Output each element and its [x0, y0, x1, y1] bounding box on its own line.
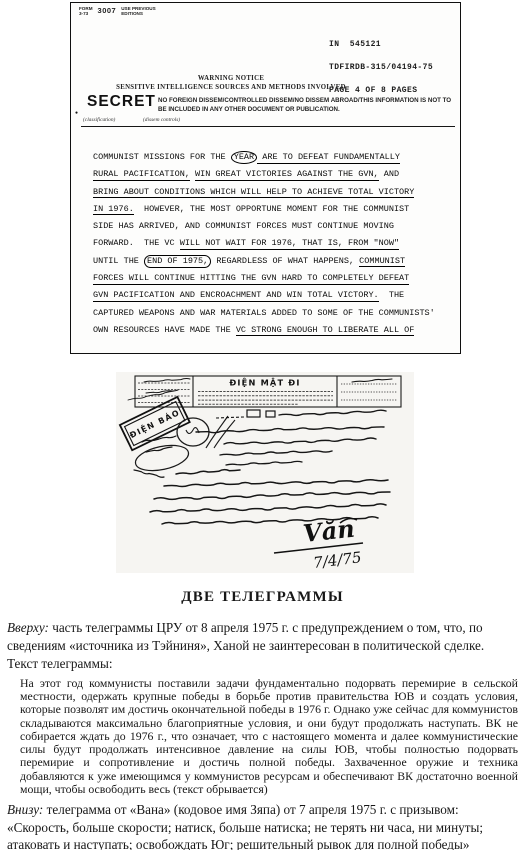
- underlined-phrase: GVN PACIFICATION AND ENCROACHMENT AND WI…: [93, 290, 379, 302]
- typed-text: SIDE HAS ARRIVED, AND COMMUNIST FORCES M…: [93, 221, 394, 231]
- telegram-quote-text: На этот год коммунисты поставили задачи …: [20, 677, 518, 797]
- caption-bottom-text: телеграмма от «Вана» (кодовое имя Зяпа) …: [7, 802, 483, 850]
- typed-text: COMMUNIST MISSIONS FOR THE: [93, 152, 231, 162]
- typed-line: FORWARD. THE VC WILL NOT WAIT FOR 1976, …: [93, 238, 453, 255]
- caption-top-text: часть телеграммы ЦРУ от 8 апреля 1975 г.…: [7, 620, 484, 671]
- classification-secret: SECRET: [87, 93, 156, 111]
- underlined-phrase: COMMUNIST: [359, 256, 405, 268]
- typed-text: HOWEVER, THE MOST OPPORTUNE MOMENT FOR T…: [134, 204, 409, 214]
- underlined-phrase: RURAL PACIFICATION,: [93, 169, 190, 181]
- dien-bao-stamp: ĐIỆN BÁO: [120, 397, 190, 450]
- underlined-phrase: FORCES WILL CONTINUE HITTING THE GVN HAR…: [93, 273, 409, 285]
- handwriting-stroke: [134, 470, 164, 477]
- underlined-phrase: IN 1976.: [93, 204, 134, 216]
- caption-top-paragraph: Вверху: часть телеграммы ЦРУ от 8 апреля…: [7, 619, 518, 674]
- typed-line: UNTIL THE END OF 1975, REGARDLESS OF WHA…: [93, 256, 453, 273]
- book-page: FORM 3-73 3007 USE PREVIOUS EDITIONS IN …: [0, 0, 524, 850]
- handwriting-stroke: [164, 480, 388, 487]
- header-rule: [81, 126, 455, 127]
- caption-heading: ДВЕ ТЕЛЕГРАММЫ: [7, 589, 518, 606]
- telegram-image: ĐIỆN MẬT ĐI: [116, 372, 414, 573]
- cable-in-number: IN 545121: [329, 40, 433, 63]
- typed-text: REGARDLESS OF WHAT HAPPENS,: [211, 256, 359, 266]
- dissem-controls-text: NO FOREIGN DISSEM/CONTROLLED DISSEM/NO D…: [158, 97, 454, 114]
- sensitive-sources-line: SENSITIVE INTELLIGENCE SOURCES AND METHO…: [106, 83, 356, 92]
- typed-line: BRING ABOUT CONDITIONS WHICH WILL HELP T…: [93, 187, 453, 204]
- cia-document-photo: FORM 3-73 3007 USE PREVIOUS EDITIONS IN …: [70, 2, 461, 354]
- typed-text: THE: [379, 290, 405, 300]
- telegram-date: 7/4/75: [312, 548, 362, 572]
- form-edition-label: FORM 3-73: [79, 7, 93, 17]
- cia-doc-body: COMMUNIST MISSIONS FOR THE YEAR ARE TO D…: [93, 152, 453, 342]
- handwriting-stroke: [226, 461, 302, 465]
- handwriting-dashes: [216, 417, 244, 418]
- typed-line: CAPTURED WEAPONS AND WAR MATERIALS ADDED…: [93, 308, 453, 325]
- caption-bottom-paragraph: Внизу: телеграмма от «Вана» (кодовое имя…: [7, 801, 518, 850]
- telegram-title: ĐIỆN MẬT ĐI: [229, 378, 300, 388]
- handwriting-stroke: [144, 379, 190, 382]
- handwriting-stroke: [176, 470, 240, 474]
- typed-line: RURAL PACIFICATION, WIN GREAT VICTORIES …: [93, 169, 453, 186]
- typed-text: AND: [379, 169, 399, 179]
- underlined-phrase: VC STRONG ENOUGH TO LIBERATE ALL OF: [236, 325, 415, 337]
- form-number: 3007: [98, 7, 117, 15]
- handwriting-stroke: [224, 438, 376, 444]
- typed-text: UNTIL THE: [93, 256, 144, 266]
- handwriting-stroke: [150, 504, 386, 512]
- circled-word: YEAR: [231, 151, 257, 164]
- caption-top-label: Вверху:: [7, 620, 49, 635]
- handwriting-stroke: [279, 410, 386, 415]
- typed-line: COMMUNIST MISSIONS FOR THE YEAR ARE TO D…: [93, 152, 453, 169]
- typed-line: GVN PACIFICATION AND ENCROACHMENT AND WI…: [93, 290, 453, 307]
- typed-text: FORWARD. THE VC: [93, 238, 180, 248]
- typed-line: SIDE HAS ARRIVED, AND COMMUNIST FORCES M…: [93, 221, 453, 238]
- handwriting-box: [247, 410, 260, 417]
- warning-notice-block: WARNING NOTICE SENSITIVE INTELLIGENCE SO…: [106, 74, 356, 92]
- typed-line: OWN RESOURCES HAVE MADE THE VC STRONG EN…: [93, 325, 453, 342]
- handwriting-stroke: [196, 427, 384, 433]
- underlined-phrase: WILL NOT WAIT FOR 1976, THAT IS, FROM "N…: [180, 238, 399, 250]
- typed-text: CAPTURED WEAPONS AND WAR MATERIALS ADDED…: [93, 308, 435, 318]
- underlined-phrase: ARE TO DEFEAT FUNDAMENTALLY: [257, 152, 400, 164]
- typed-line: IN 1976. HOWEVER, THE MOST OPPORTUNE MOM…: [93, 204, 453, 221]
- caption-bottom-label: Внизу:: [7, 802, 43, 817]
- handwriting-box: [266, 411, 275, 417]
- handwriting-stroke: [154, 492, 390, 499]
- telegram-photo: ĐIỆN MẬT ĐI: [116, 372, 414, 573]
- handwriting-stroke: [220, 451, 332, 455]
- form-stamp: FORM 3-73 3007 USE PREVIOUS EDITIONS: [79, 7, 156, 17]
- handwriting-stroke: [352, 379, 392, 382]
- form-note: USE PREVIOUS EDITIONS: [121, 7, 155, 17]
- classification-label: (classification): [83, 117, 115, 123]
- typed-line: FORCES WILL CONTINUE HITTING THE GVN HAR…: [93, 273, 453, 290]
- underlined-phrase: BRING ABOUT CONDITIONS WHICH WILL HELP T…: [93, 187, 414, 199]
- underlined-phrase: WIN GREAT VICTORIES AGAINST THE GVN,: [195, 169, 379, 181]
- warning-notice-line: WARNING NOTICE: [106, 74, 356, 83]
- caption-block: ДВЕ ТЕЛЕГРАММЫ Вверху: часть телеграммы …: [7, 589, 518, 850]
- dissem-controls-label: (dissem controls): [143, 117, 180, 123]
- typed-text: OWN RESOURCES HAVE MADE THE: [93, 325, 236, 335]
- bullet-mark: ●: [75, 111, 78, 116]
- boxed-phrase: END OF 1975,: [144, 255, 211, 268]
